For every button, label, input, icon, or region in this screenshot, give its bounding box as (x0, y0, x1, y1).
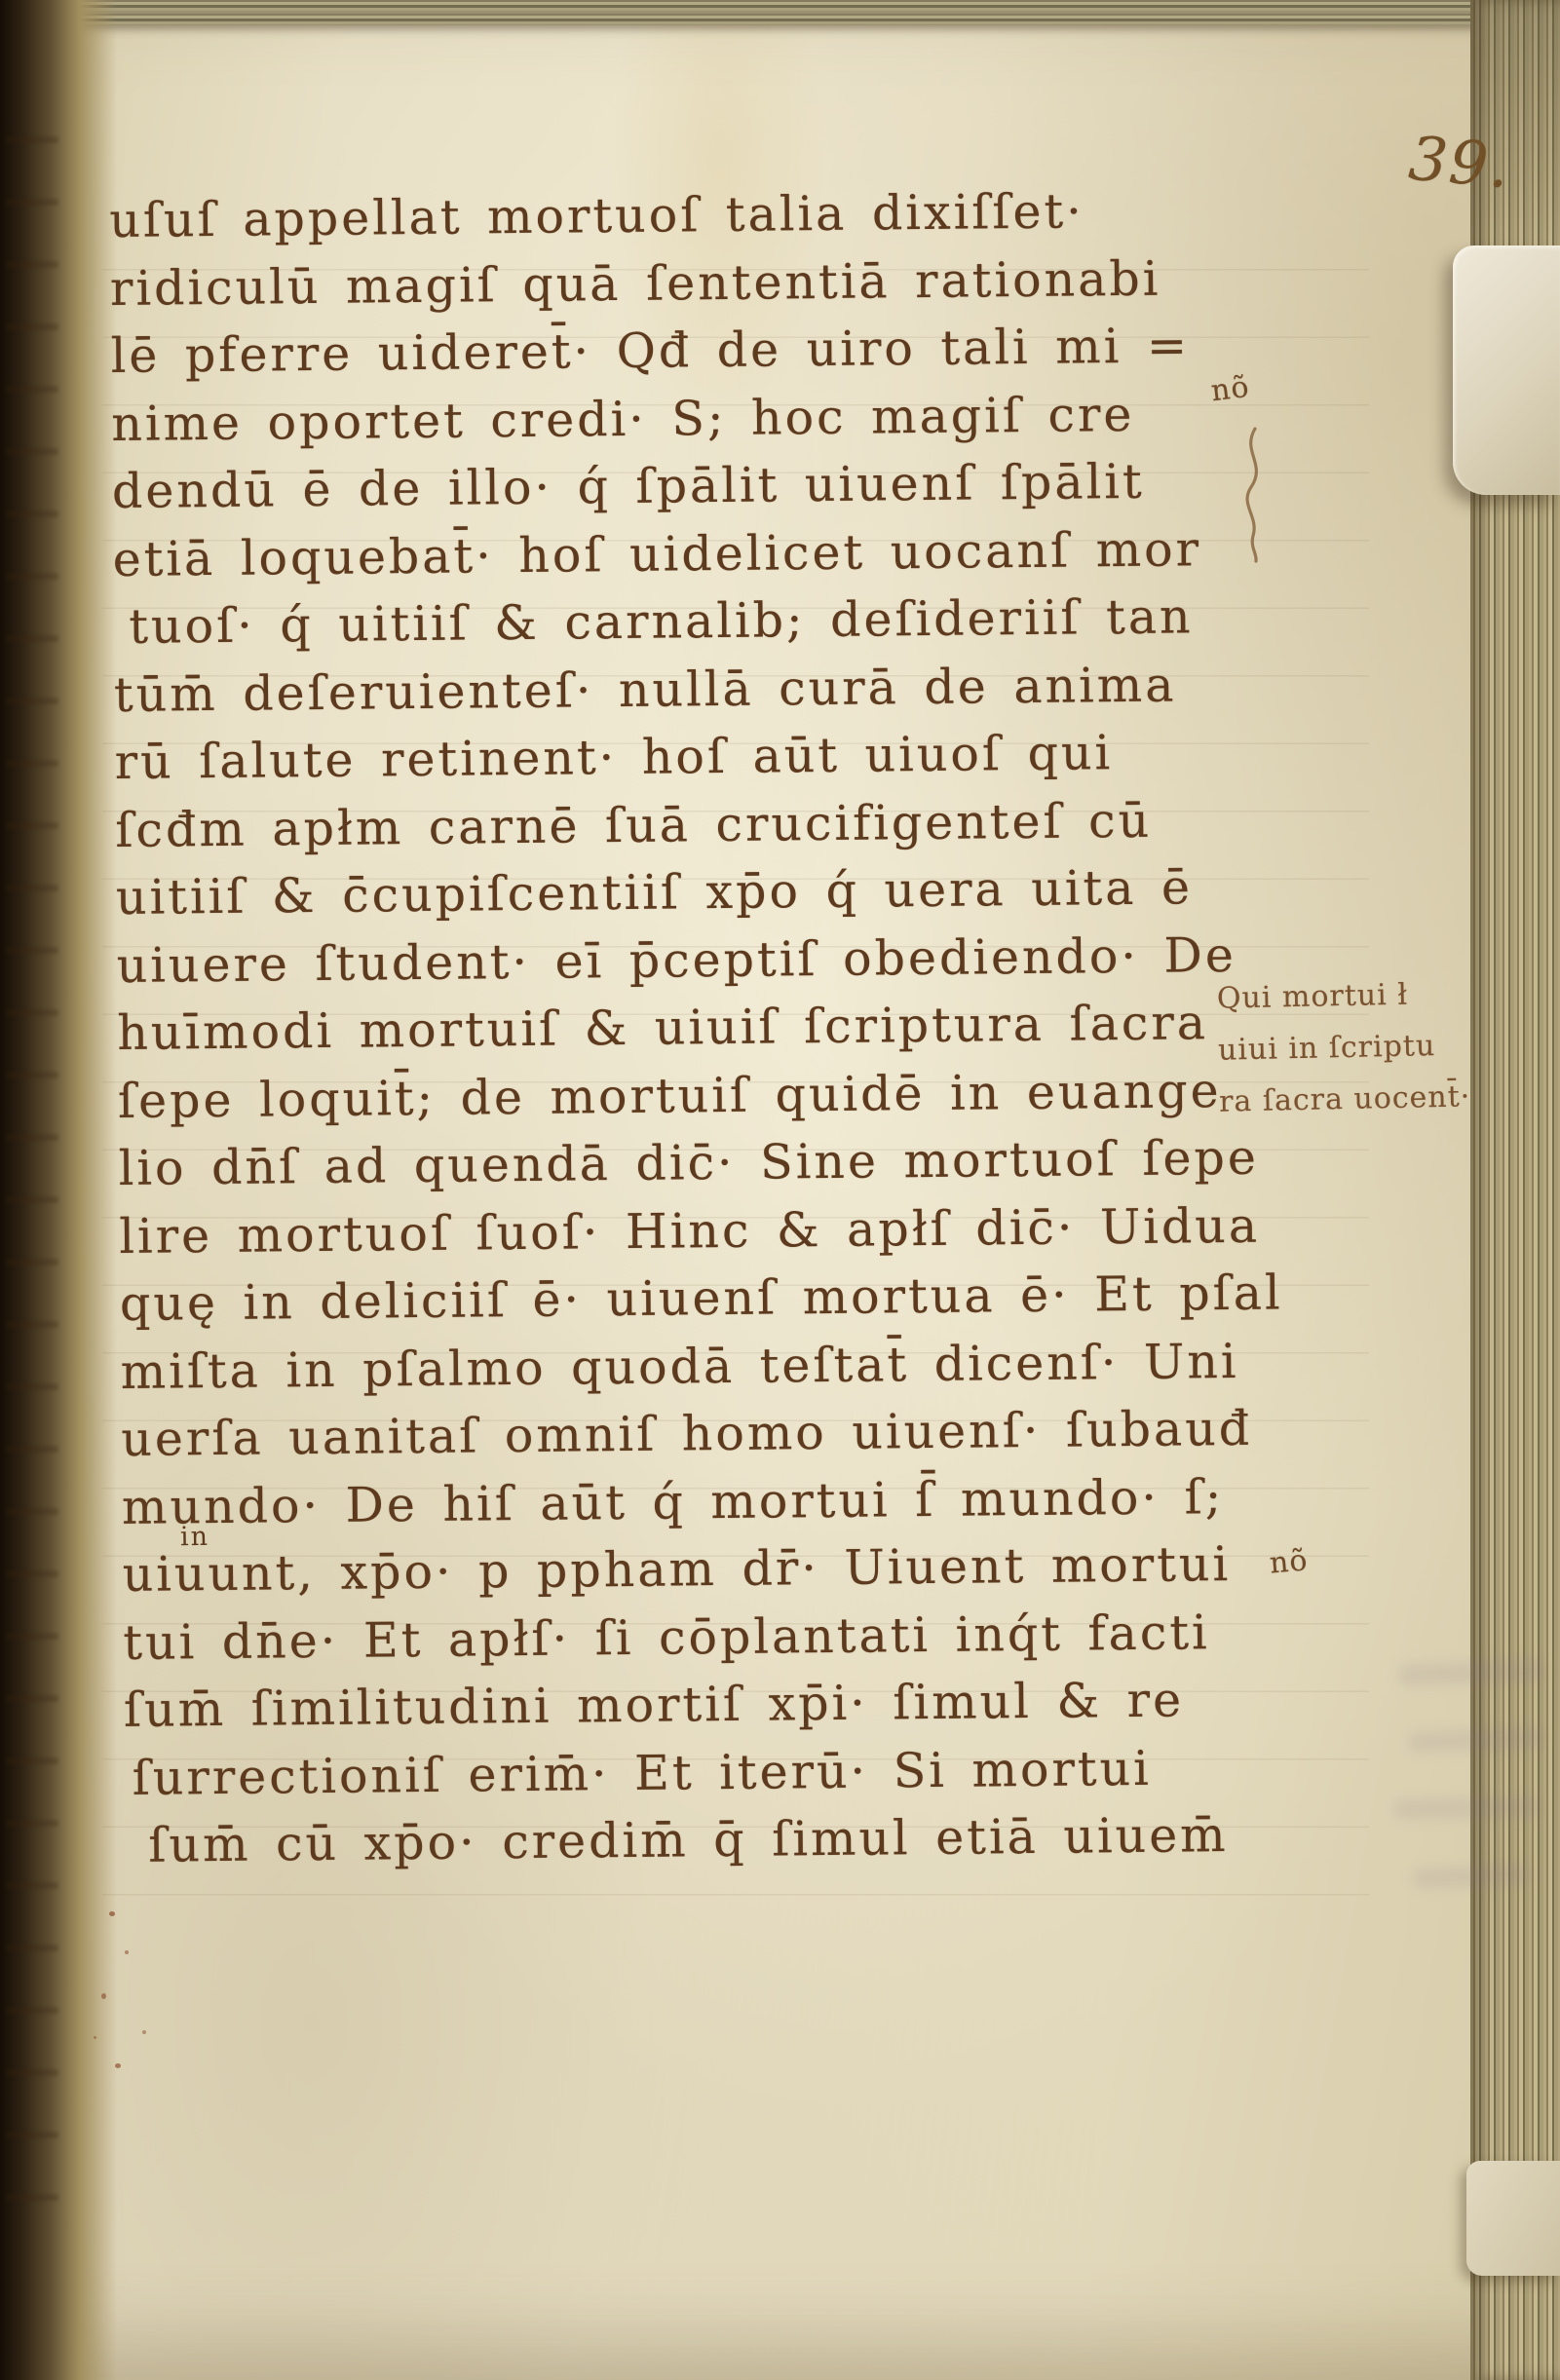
text-line: tuoſ· q́ uitiiſ & carnalib; deſideriiſ t… (129, 583, 1276, 661)
text-line: mundo· De hiſ aūt q́ mortui ſ̄ mundo· ſ; (122, 1462, 1285, 1541)
text-line: ſum̄ ſimilitudini mortiſ xp̄i· ſimul & r… (124, 1665, 1287, 1744)
ink-spot (94, 2036, 96, 2039)
text-line: uiuunt, xp̄o· p ppham dr̄· Uiuent mortui (122, 1530, 1285, 1608)
gloss-line: Qui mortui ł (1216, 967, 1468, 1024)
text-line: uerſa uanitaſ omniſ homo uiuenſ· ſubauđ (121, 1394, 1284, 1473)
nota-mark-mid: nõ (1269, 1543, 1310, 1580)
text-line: ſurrectioniſ erim̄· Et iterū· Si mortui (132, 1733, 1287, 1812)
text-line: ſcđm apłm carnē ſuā crucifigenteſ cū (115, 785, 1278, 864)
text-line: ridiculū magiſ quā ſententiā rationabi (110, 244, 1274, 322)
nota-flourish-icon (1234, 427, 1275, 563)
marginal-gloss: Qui mortui ł uiui in ſcriptu ra ſacra uo… (1216, 967, 1470, 1127)
text-line: tui dn̄e· Et apłſ· ſi cōplantati inq́t f… (123, 1598, 1286, 1677)
text-line: lē pferre uideret̄· Qđ de uiro tali mi = (110, 312, 1274, 391)
text-line: nime oportet credi· S; hoc magiſ cre (111, 379, 1275, 458)
text-line: ſum̄ cū xp̄o· credim̄ q̄ ſimul etiā uiue… (148, 1800, 1288, 1879)
text-line: tūm̄ deſeruienteſ· nullā curā de anima (114, 650, 1277, 729)
text-line: uſuſ appellat mortuoſ talia dixiſſet· (109, 176, 1273, 255)
ink-spot (109, 1911, 115, 1916)
text-line: ſepe loquit̄; de mortuiſ quidē in euange (118, 1056, 1281, 1135)
text-line: uitiiſ & c̄cupiſcentiiſ xp̄o q́ uera uit… (116, 853, 1279, 932)
vellum-tab-bottom (1466, 2161, 1560, 2276)
text-line: rū ſalute retinent· hoſ aūt uiuoſ qui (114, 718, 1277, 797)
ink-spot (142, 2030, 146, 2034)
ink-spot (101, 1993, 106, 1999)
interlinear-gloss: in (180, 1522, 210, 1553)
vellum-tab-top (1453, 246, 1560, 495)
text-line: huīmodi mortuiſ & uiuiſ ſcriptura ſacra (117, 989, 1280, 1068)
folio-number: 39. (1406, 123, 1514, 203)
text-line: dendū ē de illo· q́ ſpālit uiuenſ ſpālit (112, 447, 1275, 526)
text-line: etiā loquebat̄· hoſ uidelicet uocanſ mor (112, 514, 1275, 593)
text-line: miſta in pſalmo quodā teſtat̄ dicenſ· Un… (120, 1327, 1283, 1406)
text-line: uiuere ſtudent· eī p̄ceptiſ obediendo· D… (116, 921, 1279, 1000)
text-line: lio dn̄ſ ad quendā dic̄· Sine mortuoſ ſe… (118, 1123, 1281, 1202)
nota-mark-top: nõ (1209, 370, 1251, 409)
text-line: quę in deliciiſ ē· uiuenſ mortua ē· Et p… (120, 1259, 1283, 1338)
main-text-block: uſuſ appellat mortuoſ talia dixiſſet· ri… (109, 176, 1288, 1880)
manuscript-photo: 39. uſuſ appellat mortuoſ talia dixiſſet… (0, 0, 1560, 2380)
ink-spot (115, 2063, 121, 2068)
book-top-edge (0, 0, 1560, 25)
text-line: lire mortuoſ ſuoſ· Hinc & apłſ dic̄· Uid… (119, 1191, 1282, 1270)
ink-spot (125, 1950, 129, 1954)
gloss-line: ra ſacra uocent̄· (1219, 1071, 1471, 1127)
gloss-line: uiui in ſcriptu (1217, 1019, 1469, 1076)
facing-page-fragments (6, 136, 58, 2241)
